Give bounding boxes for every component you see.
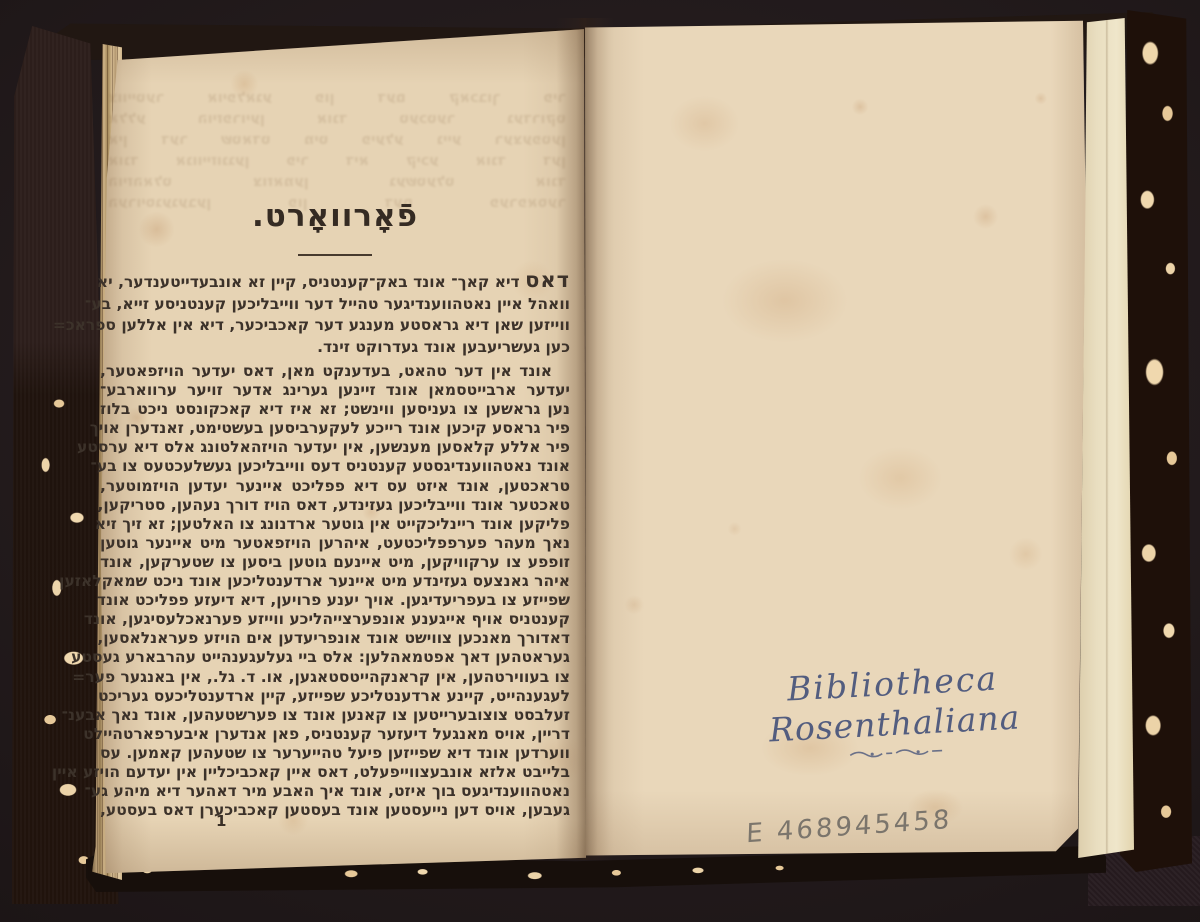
signature-mark: 1 (216, 812, 226, 830)
text-line: נען גראשען צו געניסען ווינשט; זא איז דיא… (100, 400, 570, 419)
text-line: קענטניס אויף אייגענע אונפערצייהליכע וויי… (100, 610, 570, 629)
text-line: פיר אללע קלאסען מענשען, אין יעדער הויזהא… (100, 438, 570, 457)
text-line: נאטהווענדיגעס בוך איזט, אונד איך האבע מי… (100, 782, 570, 801)
bleedthrough-line: צווייטער אויפלאגע פון דעם קאכבוך פיר (108, 88, 566, 109)
text-line: לעגענהייט, קיינע ארדענטליכע שפייזע, קיין… (100, 687, 570, 706)
text-line: איהר גאנצעס געזינדע מיט איינער ארדענטליכ… (100, 572, 570, 591)
text-line: געראטהען דאך אפטמאהלען: אלס ביי געלעגענה… (100, 648, 570, 667)
drop-word: דאס (525, 268, 570, 292)
text-line-rest: דיא קאך־ אונד באק־קענטניס, קיין זא אונבע… (97, 273, 520, 291)
paragraph-1: דאס דיא קאך־ אונד באק־קענטניס, קיין זא א… (100, 270, 570, 358)
bleedthrough-line: אונד אנווייזונגען פיר דיא קיכע אונד דען (108, 151, 566, 172)
text-line: זופפע צו ערקוויקען, מיט איינעם גוטען ביס… (100, 553, 570, 572)
text-line: נאך מעהר פערפפליכטעט, איהרען הויזפאטער מ… (100, 534, 570, 553)
text-line: דאס דיא קאך־ אונד באק־קענטניס, קיין זא א… (100, 270, 570, 294)
text-line: טראכטען, אונד איזט עס דיא פפליכט איינער … (100, 477, 570, 496)
bleedthrough-line: אללע הויזפרויען אונד טעכטער געדרוקט (108, 109, 566, 130)
text-line: בלייבט אלזא אונבעצווייפעלט, דאס איין קאכ… (100, 763, 570, 782)
bleedthrough-text: צווייטער אויפלאגע פון דעם קאכבוך פיר אלל… (108, 88, 566, 214)
text-line: צו בעווירטהען, אין קראנקהייטסטאגען, או. … (100, 668, 570, 687)
bleedthrough-line: הויזהאלט צוזאמען געשטעלט אונד (108, 172, 566, 193)
text-line: שפייזע צו בעפריעדיגען. אויך יענע פרויען,… (100, 591, 570, 610)
text-line: געבען, אויס דען נייעסטען אונד בעסטען קאכ… (100, 801, 570, 820)
bleedthrough-line: אין דער שטאדט מיט פיעלע נייע רעצעפטען (108, 130, 566, 151)
text-line: אונד אין דער טהאט, בעדענקט מאן, דאס יעדע… (100, 362, 570, 381)
text-line: אונד נאטהווענדיגסטע קענטניס דעס ווייבליכ… (100, 457, 570, 476)
left-page-text: צווייטער אויפלאגע פון דעם קאכבוך פיר אלל… (96, 30, 574, 858)
text-line: זעלבסט צוצובערייטען צו קאנען אונד צו פער… (100, 706, 570, 725)
title-rule (298, 254, 372, 256)
text-line: פיר גראסע קיכען אונד רייכע לעקערביסען בע… (100, 419, 570, 438)
text-line: וואהל איין נאטהווענדיגער טהייל דער ווייב… (100, 294, 570, 316)
text-line: ווערדען אונד דיא שפייזען פיעל טהייערער צ… (100, 744, 570, 763)
paragraph-2: אונד אין דער טהאט, בעדענקט מאן, דאס יעדע… (100, 362, 570, 820)
book-scan: צווייטער אויפלאגע פון דעם קאכבוך פיר אלל… (0, 0, 1200, 922)
text-line: דריין, אויס מאנגעל דיעזער קענטניס, פאן א… (100, 725, 570, 744)
text-line: ווייזען שאן דיא גראסטע מענגע דער קאכביכע… (100, 315, 570, 337)
text-line: דאדורך מאנכען צווישט אונד אונפריעדען אים… (100, 629, 570, 648)
page-title: פֿאָרוואָרט. (96, 198, 574, 234)
text-line: כען געשריעבען אונד געדרוקט זינד. (100, 337, 570, 359)
text-line: פליקען אונד ריינליכקייט אין גוטער ארדנונ… (100, 515, 570, 534)
library-stamp: Bibliotheca Rosenthaliana (758, 657, 1031, 766)
text-line: טאכטער אונד ווייבליכען געזינדע, דאס הויז… (100, 496, 570, 515)
text-line: יעדער ארבייטסמאן אונד זיינען גערינג אדער… (100, 381, 570, 400)
